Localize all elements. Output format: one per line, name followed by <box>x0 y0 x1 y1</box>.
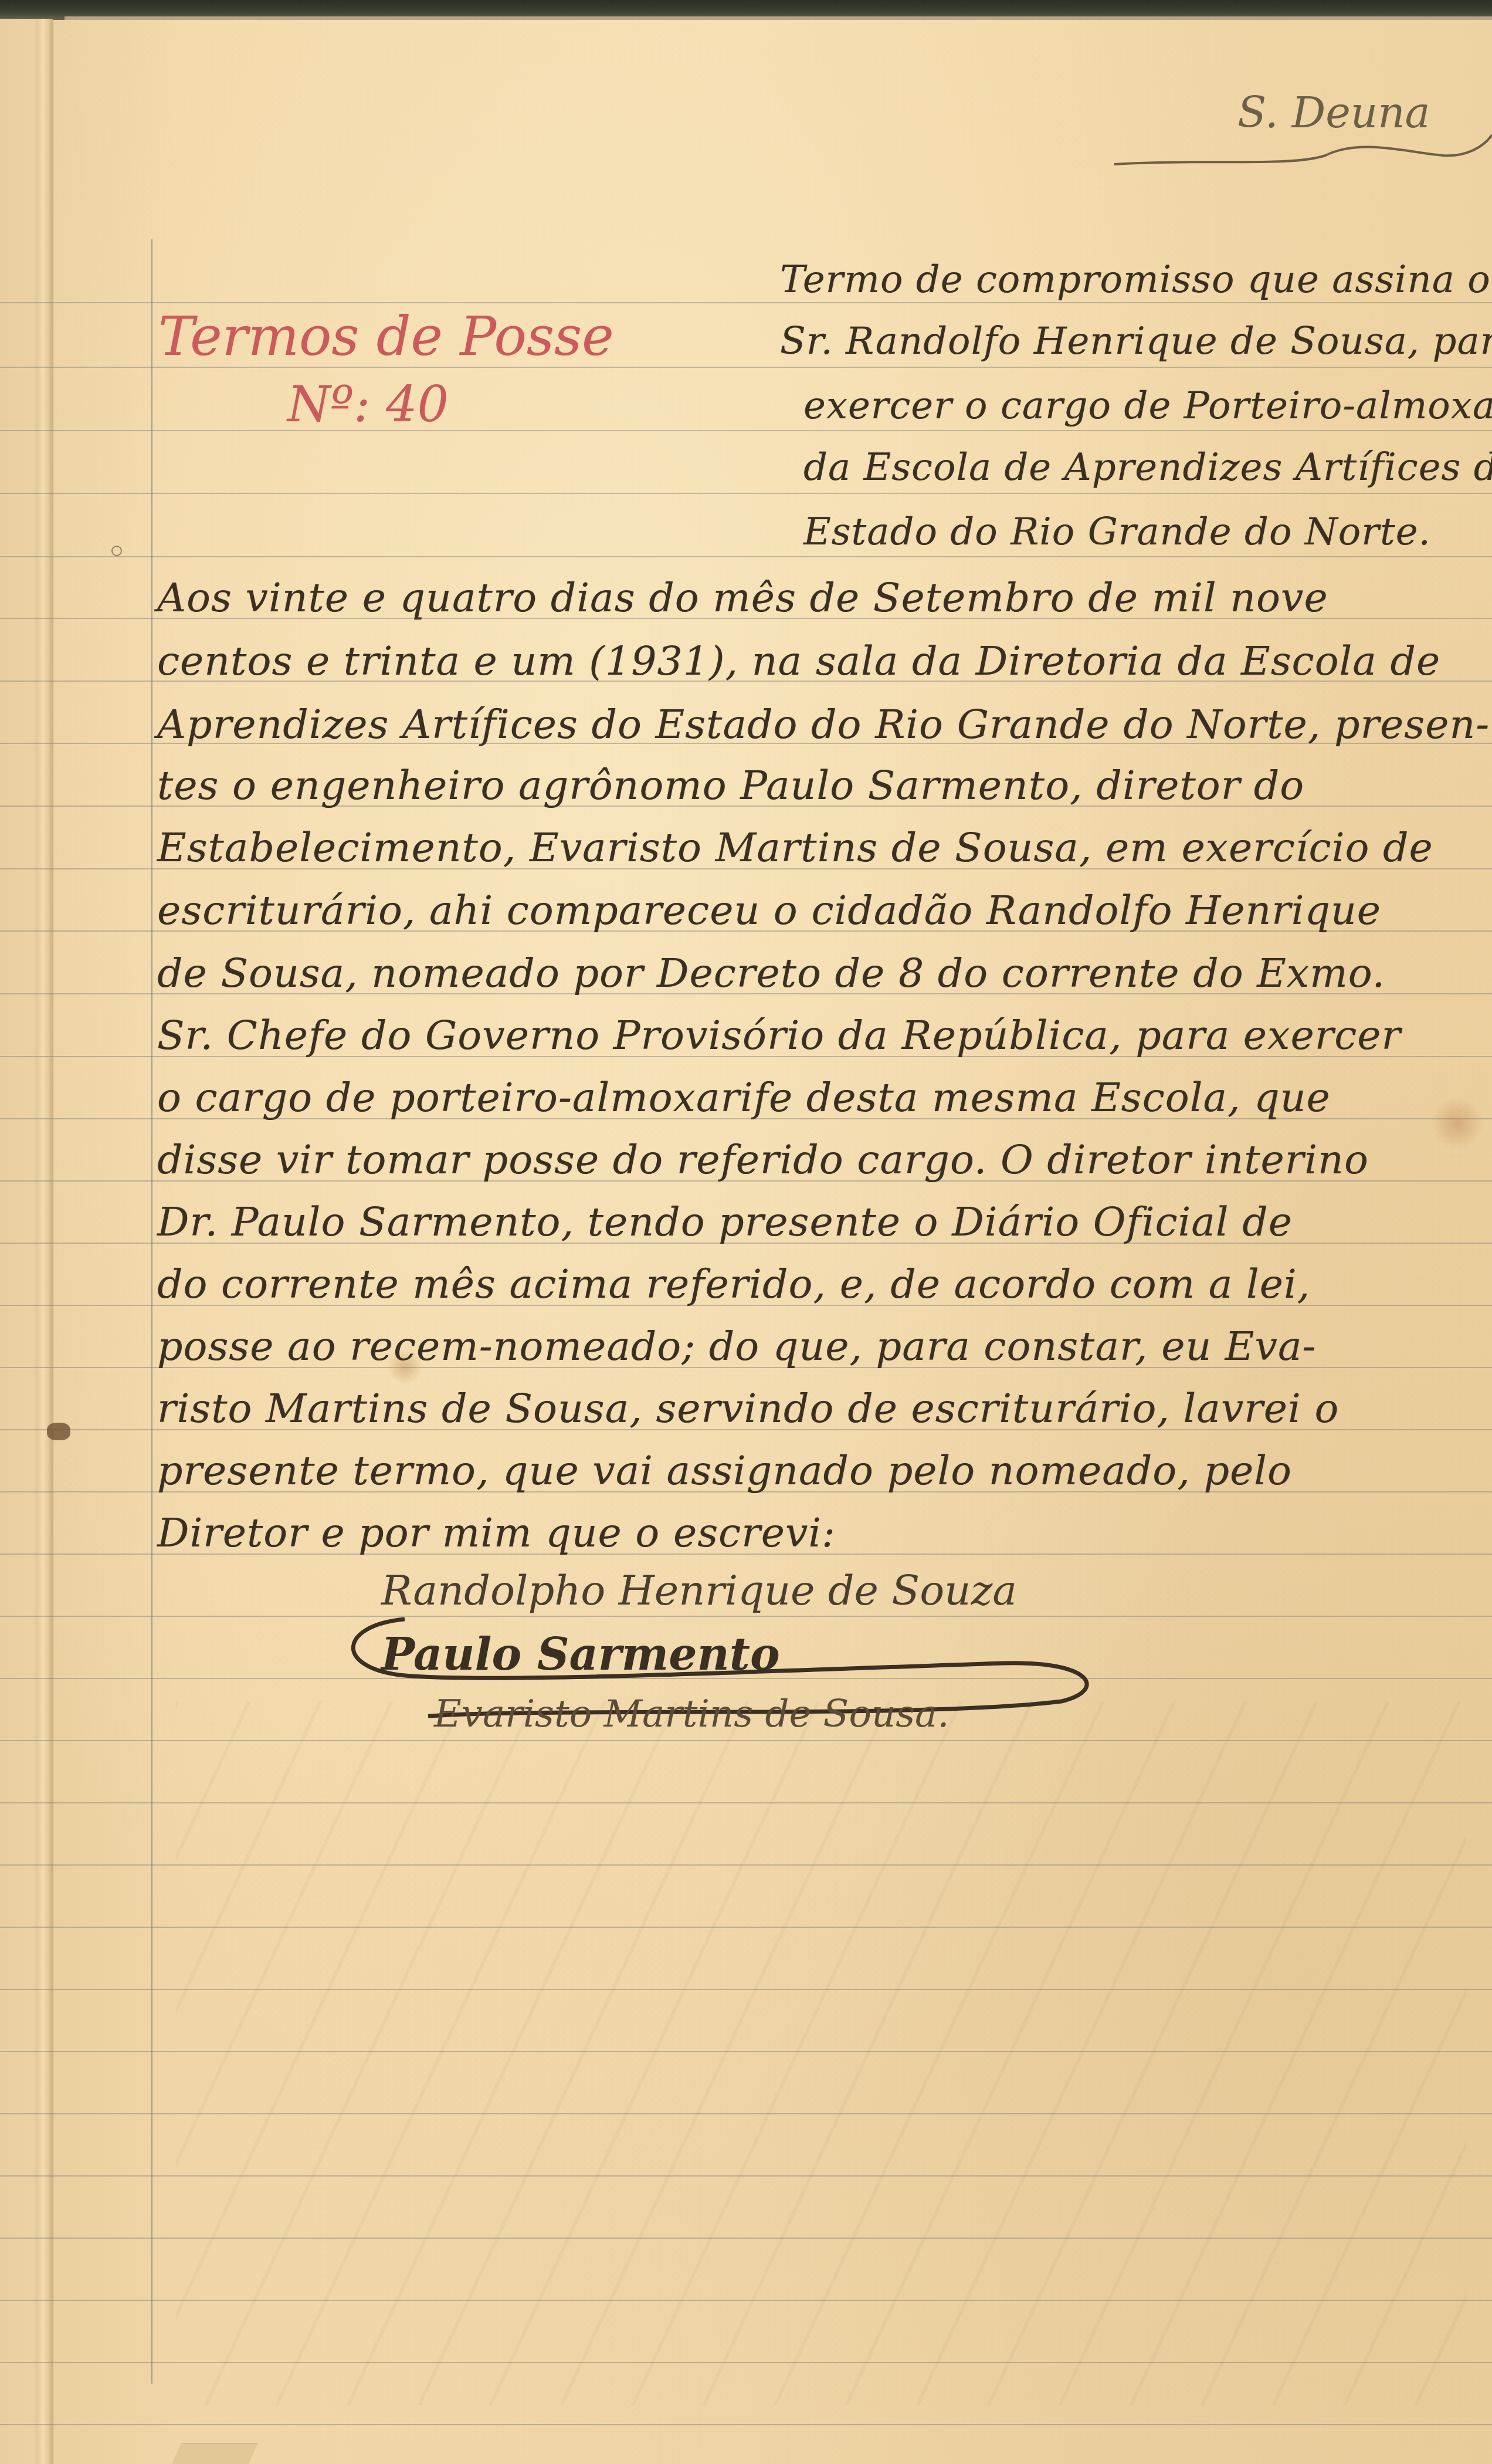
signature-flourish <box>1114 123 1492 176</box>
title-line: Termo de compromisso que assina o <box>780 258 1491 302</box>
body-line: Dr. Paulo Sarmento, tendo presente o Diá… <box>157 1199 1293 1245</box>
rule-line <box>0 302 1492 303</box>
body-line: posse ao recem-nomeado; do que, para con… <box>157 1324 1316 1370</box>
title-line: exercer o cargo de Porteiro-almoxarife <box>803 384 1492 428</box>
body-line: risto Martins de Sousa, servindo de escr… <box>157 1386 1339 1432</box>
binding-edge <box>65 16 1492 20</box>
title-line: da Escola de Aprendizes Artífices do <box>803 446 1492 489</box>
margin-mark <box>111 546 122 556</box>
body-line: Estabelecimento, Evaristo Martins de Sou… <box>157 825 1433 871</box>
body-line: o cargo de porteiro-almoxarife desta mes… <box>157 1075 1331 1121</box>
bleed-through-text <box>176 1701 1466 2405</box>
rule-line <box>0 430 1492 431</box>
book-binding <box>0 0 1492 20</box>
body-line: presente termo, que vai assignado pelo n… <box>157 1448 1292 1494</box>
body-line: de Sousa, nomeado por Decreto de 8 do co… <box>157 950 1385 997</box>
paper-stain <box>1431 1097 1484 1150</box>
body-line: tes o engenheiro agrônomo Paulo Sarmento… <box>157 763 1304 809</box>
body-line: centos e trinta e um (1931), na sala da … <box>157 638 1440 685</box>
signature-clerk: Evaristo Martins de Sousa. <box>434 1693 950 1736</box>
paper-tab <box>171 2443 258 2464</box>
body-line: Aos vinte e quatro dias do mês de Setemb… <box>157 575 1328 621</box>
body-line: escriturário, ahi compareceu o cidadão R… <box>157 888 1381 934</box>
rule-line <box>0 2424 1492 2425</box>
body-line: disse vir tomar posse do referido cargo.… <box>157 1137 1369 1183</box>
rule-line <box>0 493 1492 494</box>
body-line: Diretor e por mim que o escrevi: <box>157 1510 836 1556</box>
title-line: Sr. Randolfo Henrique de Sousa, para <box>780 320 1492 363</box>
margin-heading-number: Nº: 40 <box>287 375 449 433</box>
ink-blot <box>47 1423 70 1440</box>
rule-line <box>0 556 1492 557</box>
margin-line <box>151 239 152 2384</box>
title-line: Estado do Rio Grande do Norte. <box>803 510 1431 554</box>
body-line: do corrente mês acima referido, e, de ac… <box>157 1261 1310 1308</box>
gutter-fold <box>36 19 53 2464</box>
body-line: Sr. Chefe do Governo Provisório da Repúb… <box>157 1013 1401 1059</box>
margin-heading-title: Termos de Posse <box>158 305 614 368</box>
body-line: Aprendizes Artífices do Estado do Rio Gr… <box>157 702 1490 748</box>
